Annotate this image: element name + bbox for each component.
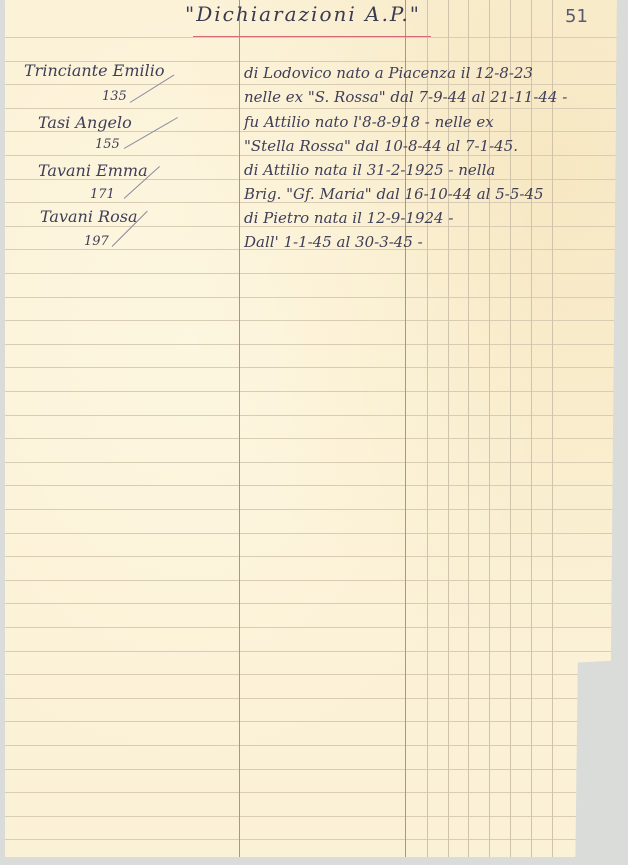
ruled-line — [5, 698, 617, 699]
left-margin-rule — [239, 0, 240, 857]
ruled-line — [5, 391, 617, 392]
entry-detail-line: fu Attilio nato l'8-8-918 - nelle ex — [244, 113, 494, 131]
entry-detail-line: Brig. "Gf. Maria" dal 16-10-44 al 5-5-45 — [244, 185, 544, 203]
entry-name: Tavani Emma — [38, 161, 148, 180]
ruled-line — [5, 674, 617, 675]
ruled-line — [5, 320, 617, 321]
entry-name: Tasi Angelo — [38, 113, 132, 132]
grid-column-line — [531, 0, 532, 857]
ruled-line — [5, 745, 617, 746]
ruled-line — [5, 651, 617, 652]
entry-name: Trinciante Emilio — [24, 61, 164, 80]
page-title: "Dichiarazioni A.P." — [185, 2, 421, 26]
ruled-line — [5, 438, 617, 439]
entry-name: Tavani Rosa — [40, 207, 137, 226]
ruled-line — [5, 273, 617, 274]
ruled-line — [5, 556, 617, 557]
page-number: 51 — [565, 6, 588, 27]
ruled-line — [5, 627, 617, 628]
ruled-line — [5, 108, 617, 109]
ruled-line — [5, 297, 617, 298]
ruled-line — [5, 721, 617, 722]
entry-detail-line: di Pietro nata il 12-9-1924 - — [244, 209, 453, 227]
ruled-line — [5, 84, 617, 85]
ruled-line — [5, 580, 617, 581]
grid-column-line — [510, 0, 511, 857]
ruled-line — [5, 769, 617, 770]
ruled-line — [5, 367, 617, 368]
entry-number: 155 — [95, 137, 120, 152]
entry-detail-line: di Attilio nata il 31-2-1925 - nella — [244, 161, 495, 179]
ruled-line — [5, 839, 617, 840]
ruled-line — [5, 603, 617, 604]
entry-number: 135 — [102, 89, 127, 104]
ruled-line — [5, 415, 617, 416]
entry-detail-line: Dall' 1-1-45 al 30-3-45 - — [244, 233, 423, 251]
title-underline — [193, 36, 431, 37]
ruled-line — [5, 485, 617, 486]
ruled-line — [5, 344, 617, 345]
grid-column-line — [552, 0, 553, 857]
entry-detail-line: "Stella Rossa" dal 10-8-44 al 7-1-45. — [244, 137, 518, 155]
ruled-line — [5, 155, 617, 156]
ruled-line — [5, 37, 617, 38]
ruled-line — [5, 533, 617, 534]
entry-number: 171 — [90, 187, 115, 202]
ruled-line — [5, 462, 617, 463]
ruled-line — [5, 509, 617, 510]
ruled-line — [5, 816, 617, 817]
entry-number: 197 — [84, 234, 109, 249]
ruled-line — [5, 792, 617, 793]
entry-detail-line: nelle ex "S. Rossa" dal 7-9-44 al 21-11-… — [244, 88, 567, 106]
entry-detail-line: di Lodovico nato a Piacenza il 12-8-23 — [244, 64, 533, 82]
